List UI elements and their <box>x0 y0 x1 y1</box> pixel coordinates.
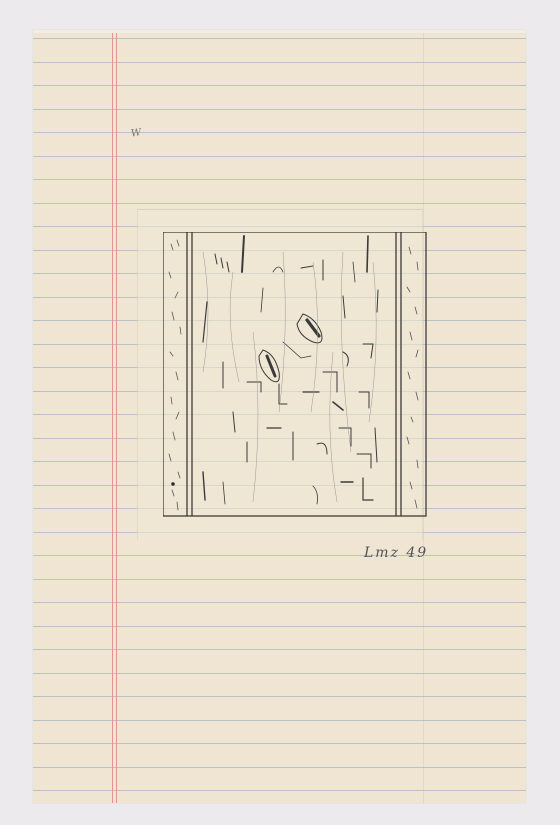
ruled-line <box>33 579 526 580</box>
margin-line-right <box>116 30 117 803</box>
ruled-line <box>33 62 526 63</box>
ruled-line <box>33 38 526 39</box>
margin-line-left <box>112 30 113 803</box>
lined-paper-sheet: W <box>33 30 526 803</box>
ruled-line <box>33 602 526 603</box>
ruled-line <box>33 696 526 697</box>
ruled-line <box>33 626 526 627</box>
ruled-line <box>33 649 526 650</box>
ruled-line <box>33 109 526 110</box>
abstract-pencil-drawing <box>163 232 427 518</box>
ruled-line <box>33 132 526 133</box>
ruled-line <box>33 743 526 744</box>
signature-date: Lmz 49 <box>364 545 428 561</box>
ruled-line <box>33 720 526 721</box>
ruled-line <box>33 673 526 674</box>
ruled-line <box>33 179 526 180</box>
ruled-line <box>33 767 526 768</box>
ruled-line <box>33 156 526 157</box>
paper-top-edge <box>33 30 526 33</box>
ruled-line <box>33 790 526 791</box>
ruled-line <box>33 85 526 86</box>
corner-note: W <box>130 127 141 139</box>
ruled-line <box>33 203 526 204</box>
ruled-line <box>33 555 526 556</box>
